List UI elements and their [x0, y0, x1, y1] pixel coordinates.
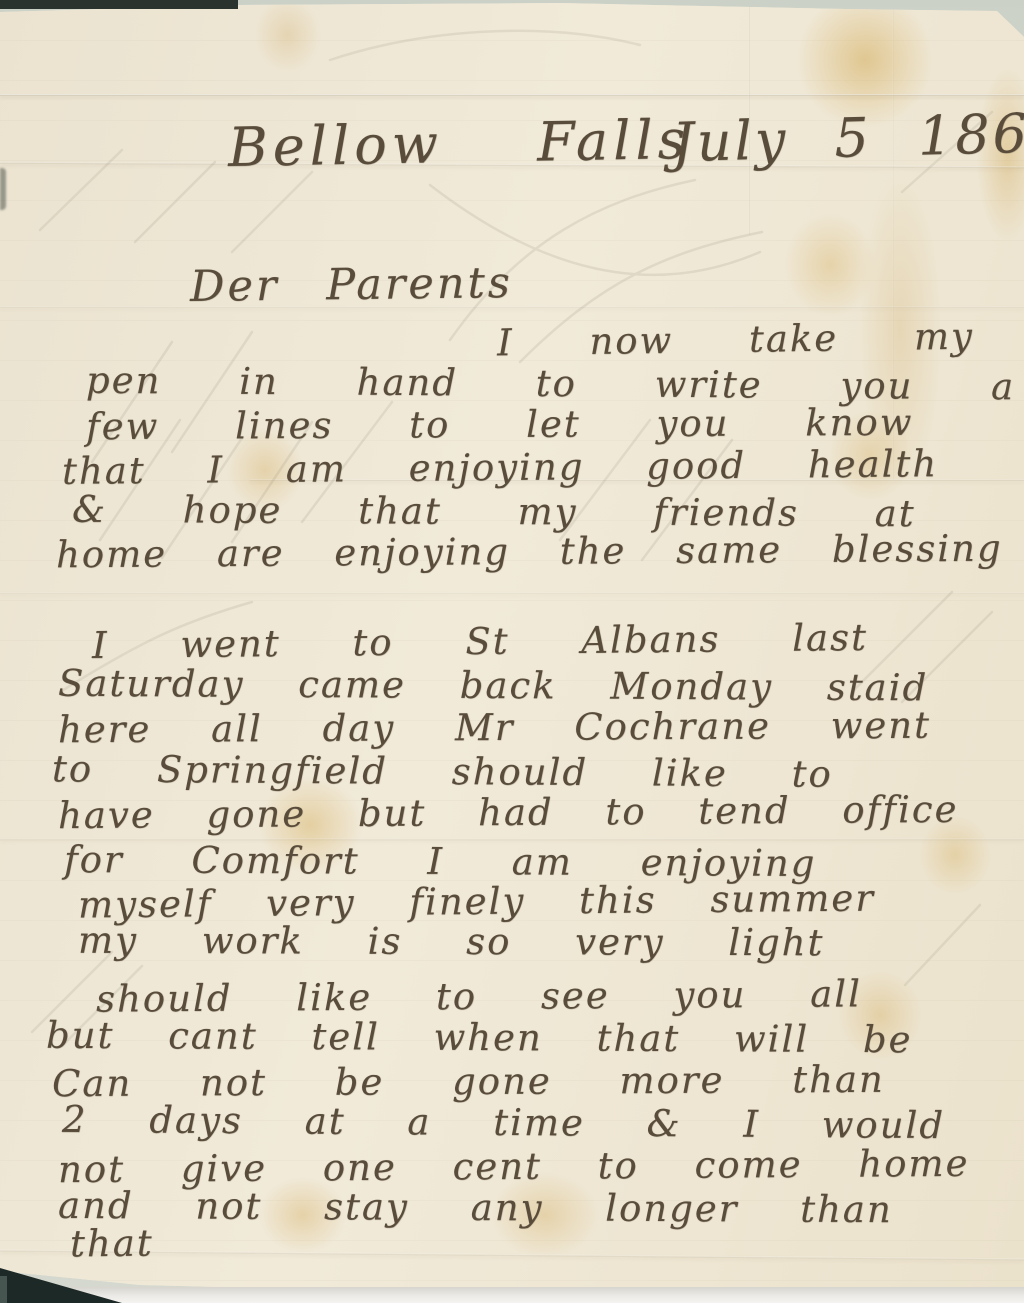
salutation: Der Parents — [190, 258, 513, 312]
handwriting-line: I now take my — [497, 315, 974, 365]
dateline-place: Bellow Falls — [227, 108, 690, 179]
handwriting-line: that I am enjoying good health — [62, 442, 938, 493]
handwriting-line: my work is so very light — [78, 919, 825, 965]
handwriting-line: and not stay any longer than — [58, 1184, 893, 1231]
dateline-date: July 5 1865 — [671, 101, 1024, 174]
handwriting-line: have gone but had to tend office — [58, 788, 959, 837]
handwriting-line: home are enjoying the same blessing — [56, 527, 1003, 577]
handwriting-line: that — [70, 1222, 154, 1266]
handwriting-line: 2 days at a time & I would — [62, 1098, 945, 1147]
handwriting-line: Saturday came back Monday staid — [58, 662, 928, 710]
handwriting-line: to Springfield should like to — [52, 747, 833, 795]
handwriting-line: but cant tell when that will be — [46, 1014, 913, 1062]
letter-page: Bellow Falls July 5 1865 Der Parents I n… — [0, 0, 1024, 1303]
scanner-bed-edge — [0, 0, 238, 9]
scanner-bed-corner-highlight — [0, 1276, 7, 1303]
handwriting-line: should like to see you all — [96, 972, 862, 1020]
handwriting-line: here all day Mr Cochrane went — [58, 704, 931, 752]
handwriting-line: few lines to let you know — [86, 401, 914, 448]
handwriting-line: I went to St Albans last — [92, 616, 868, 667]
scanner-bed-bottom — [0, 1287, 1024, 1303]
